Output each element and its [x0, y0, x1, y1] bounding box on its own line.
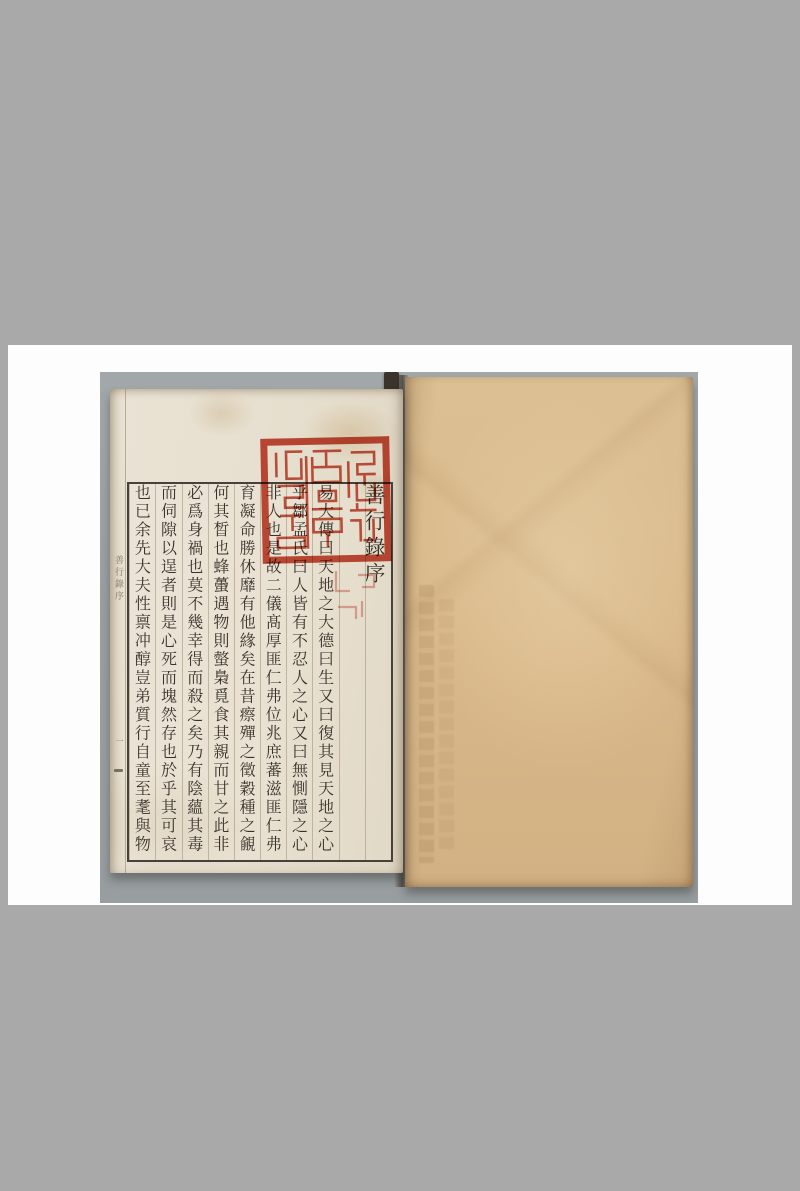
book-photograph: 善行錄序 一 善行錄序 通議大夫兵部左侍郎明州張時徹撰 易大傳曰天地之大德曰生又…: [100, 372, 698, 903]
showthrough-text-ghost: [419, 585, 434, 863]
banxin-title-label: 善行錄序: [112, 555, 125, 603]
text-column: 而伺隙以逞者則是心死而塊然存也於乎其可哀: [155, 484, 181, 860]
seal-ink-fragments: [328, 567, 388, 629]
text-column: 必爲身禍也莫不幾幸得而殺之矣乃有陰蘊其毒: [182, 484, 208, 860]
page-number: 一: [114, 737, 125, 745]
showthrough-text-ghost: [439, 599, 454, 849]
text-column: 何其晳也蜂蠆遇物則螫梟覓食其親而甘之此非: [208, 484, 234, 860]
page-fold-crease: [125, 389, 126, 873]
left-page-printed: 善行錄序 一 善行錄序 通議大夫兵部左侍郎明州張時徹撰 易大傳曰天地之大德曰生又…: [110, 389, 403, 873]
right-page-blank: [405, 377, 693, 887]
fishtail-mark: [114, 769, 123, 772]
text-column: 育凝命勝休靡有他緣矣在昔瘵殫之徵穀種之覦: [234, 484, 260, 860]
text-column: 也已余先大夫性禀冲醇豈弟質行自童至耄與物: [129, 484, 155, 860]
red-collector-seal: [260, 436, 393, 565]
